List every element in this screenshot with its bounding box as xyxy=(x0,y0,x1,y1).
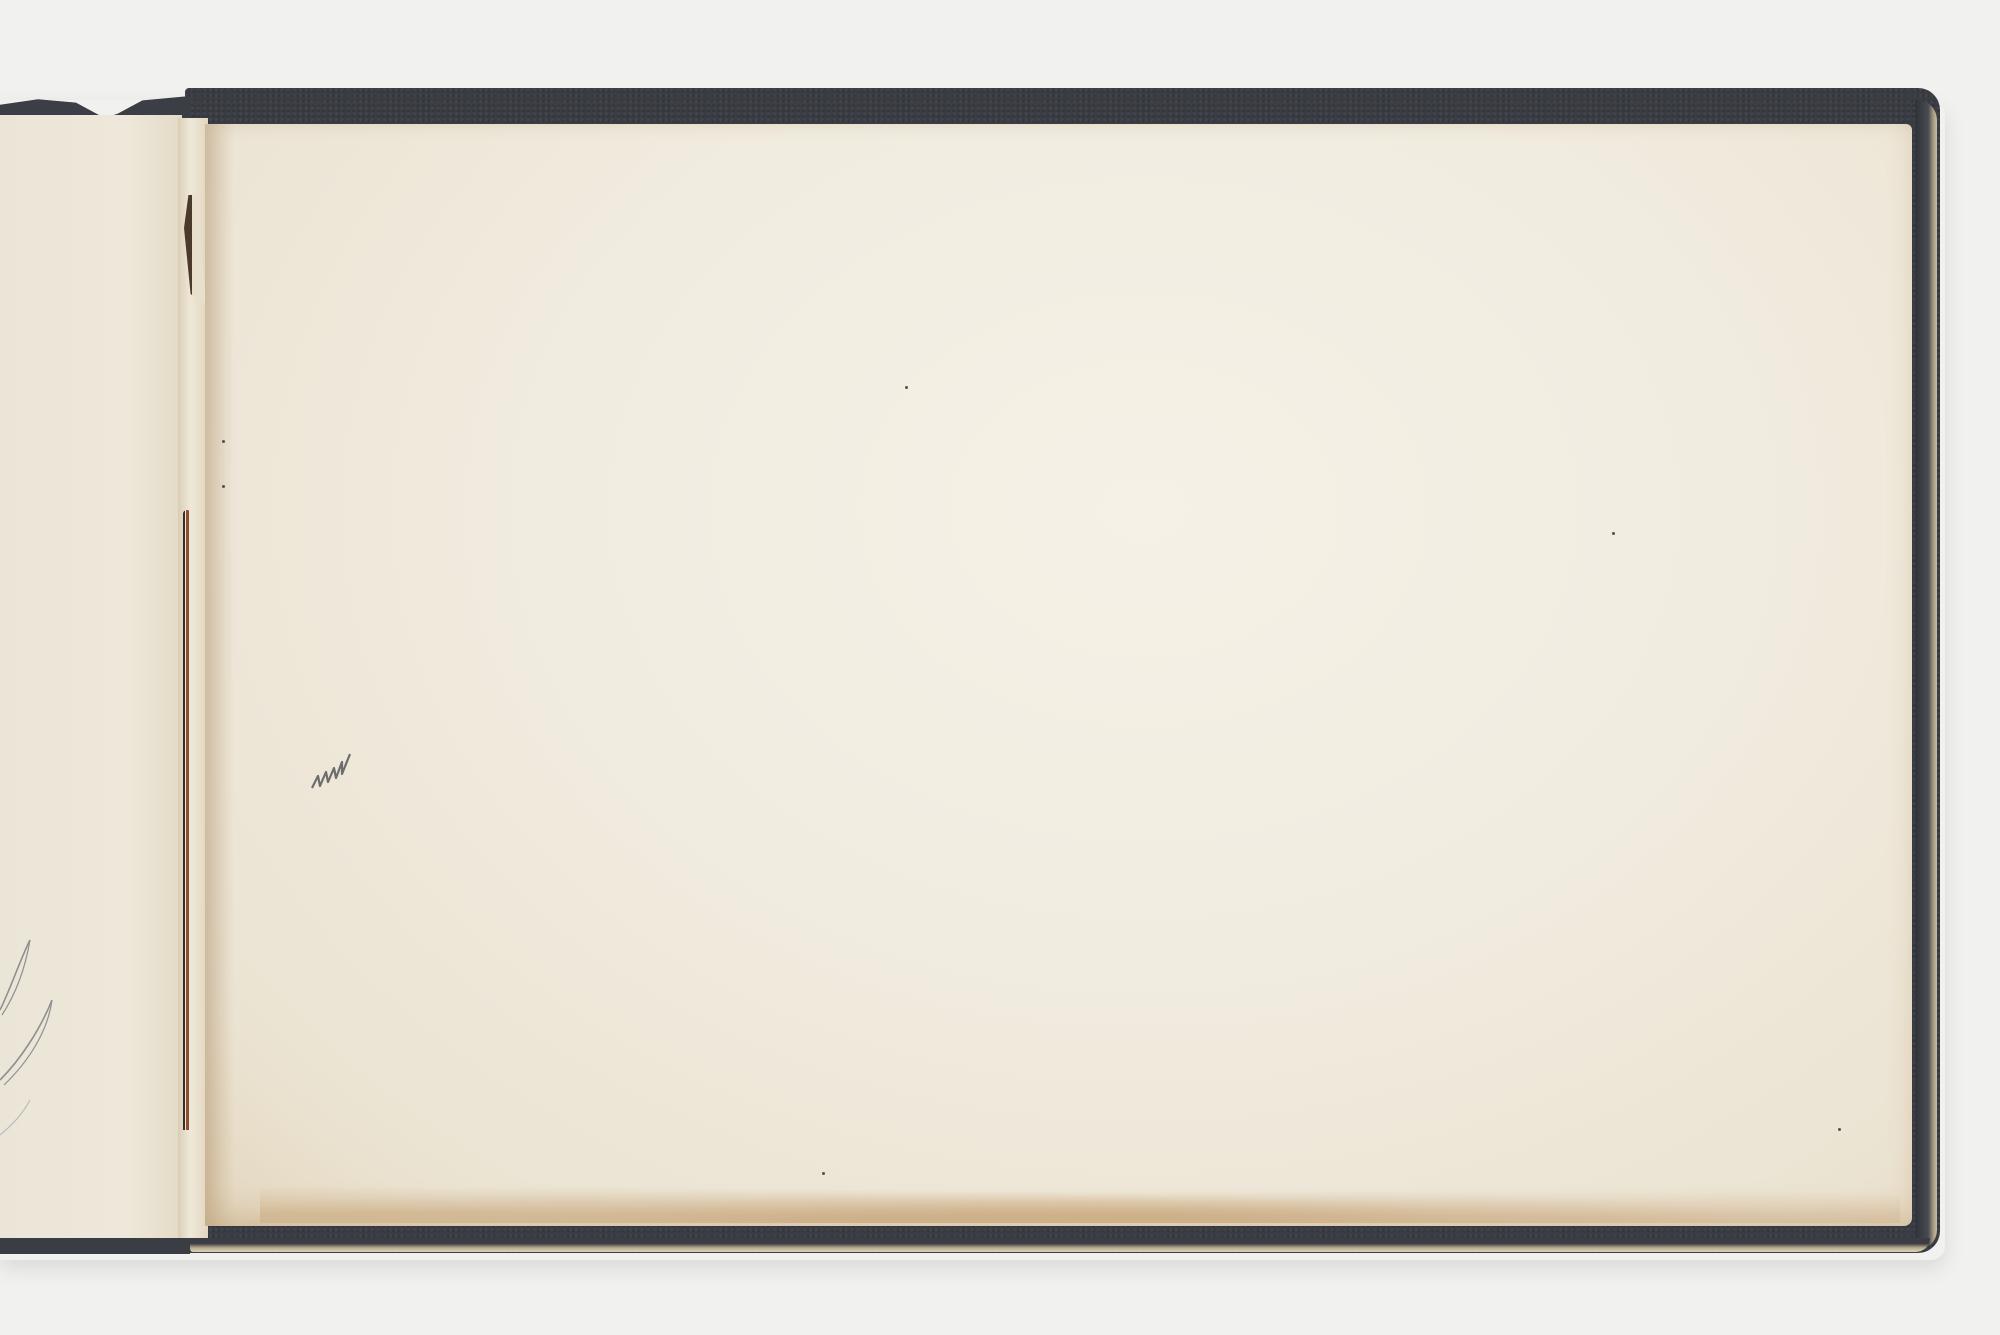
page-speck xyxy=(222,440,225,443)
cover-right-edge xyxy=(1915,100,1937,1250)
blank-sketch-page xyxy=(205,124,1912,1226)
left-cover-bottom xyxy=(0,1238,190,1254)
page-speck xyxy=(1838,1128,1841,1131)
gutter-crease xyxy=(183,510,191,1130)
cover-bottom-edge xyxy=(190,1238,1930,1252)
pencil-scribble xyxy=(310,748,358,796)
page-speck xyxy=(822,1172,825,1175)
page-speck xyxy=(905,386,908,389)
foxing-stains xyxy=(260,1175,1900,1223)
page-speck xyxy=(1612,532,1615,535)
page-speck xyxy=(222,485,225,488)
page-fold-shadow xyxy=(205,124,235,1226)
pencil-curves-sketch xyxy=(0,920,70,1140)
